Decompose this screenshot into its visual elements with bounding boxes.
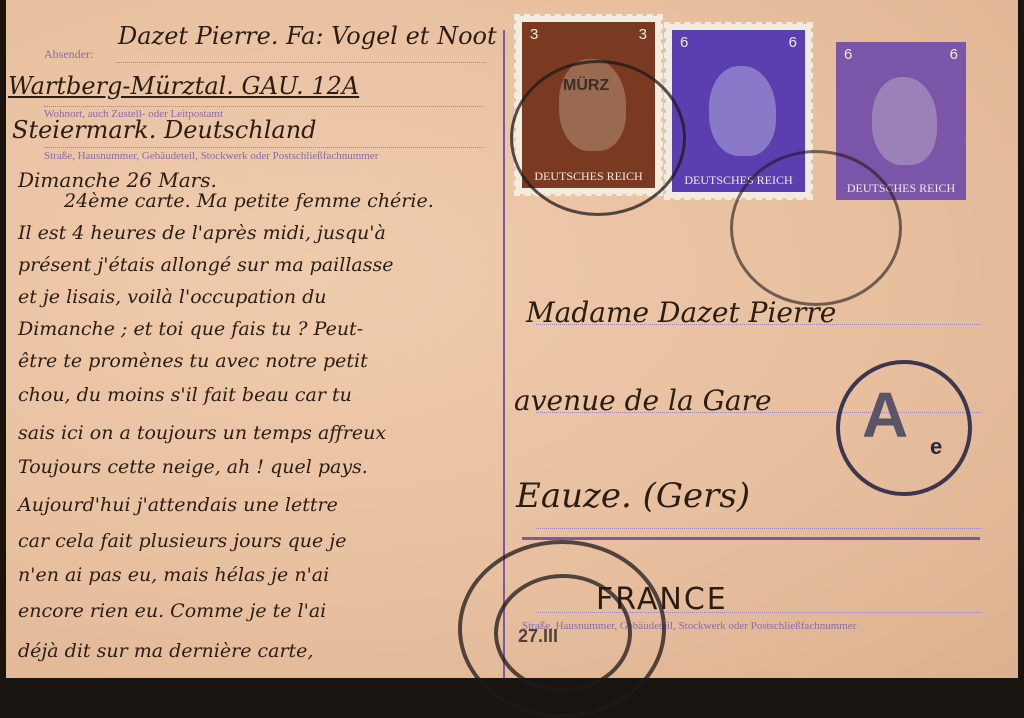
portrait-icon [872, 77, 937, 165]
recipient-city: Eauze. (Gers) [516, 476, 750, 516]
postmark-circle [730, 150, 902, 306]
message-line: 24ème carte. Ma petite femme chérie. [64, 190, 434, 212]
stamp-value-right: 6 [789, 34, 797, 51]
recipient-underline [522, 537, 980, 540]
message-line: présent j'étais allongé sur ma paillasse [18, 254, 393, 276]
sender-dotline-2 [44, 106, 484, 107]
message-line: être te promènes tu avec notre petit [18, 350, 368, 372]
strasse-label: Straße, Hausnummer, Gebäudeteil, Stockwe… [44, 150, 378, 162]
censor-letter: A [862, 378, 908, 452]
stamp-value-right: 3 [639, 26, 647, 43]
recipient-dotline-3 [536, 528, 981, 529]
message-line: encore rien eu. Comme je te l'ai [18, 600, 326, 622]
message-line: Aujourd'hui j'attendais une lettre [18, 494, 338, 516]
postmark-text: MÜRZ [563, 77, 609, 95]
stamp-value-left: 6 [844, 46, 852, 63]
message-date: Dimanche 26 Mars. [18, 168, 217, 192]
message-line: n'en ai pas eu, mais hélas je n'ai [18, 564, 329, 586]
postcard: Absender: Dazet Pierre. Fa: Vogel et Noo… [6, 0, 1018, 678]
sender-name: Dazet Pierre. Fa: Vogel et Noot [118, 22, 497, 50]
message-line: Toujours cette neige, ah ! quel pays. [18, 456, 368, 478]
message-line: chou, du moins s'il fait beau car tu [18, 384, 352, 406]
absender-label: Absender: [44, 47, 93, 62]
sender-dotline-3 [44, 147, 484, 148]
message-line: déjà dit sur ma dernière carte, [18, 640, 313, 662]
message-line: et je lisais, voilà l'occupation du [18, 286, 327, 308]
stamp-value-right: 6 [950, 46, 958, 63]
message-line: Il est 4 heures de l'après midi, jusqu'à [18, 222, 386, 244]
message-line: car cela fait plusieurs jours que je [18, 530, 346, 552]
sender-region: Steiermark. Deutschland [12, 116, 317, 144]
postmark-circle: MÜRZ [510, 60, 686, 216]
postmark-date: 27.III [518, 626, 558, 647]
stamp-value-left: 6 [680, 34, 688, 51]
portrait-icon [709, 66, 776, 157]
recipient-dotline-1 [536, 324, 981, 325]
censor-mark: A e [836, 360, 972, 496]
sender-town: Wartberg-Mürztal. GAU. 12A [8, 72, 359, 100]
message-line: Dimanche ; et toi que fais tu ? Peut- [18, 318, 363, 340]
censor-suffix: e [930, 434, 942, 460]
message-line: sais ici on a toujours un temps affreux [18, 422, 386, 444]
stamp-value-left: 3 [530, 26, 538, 43]
sender-dotline-1 [116, 62, 486, 63]
